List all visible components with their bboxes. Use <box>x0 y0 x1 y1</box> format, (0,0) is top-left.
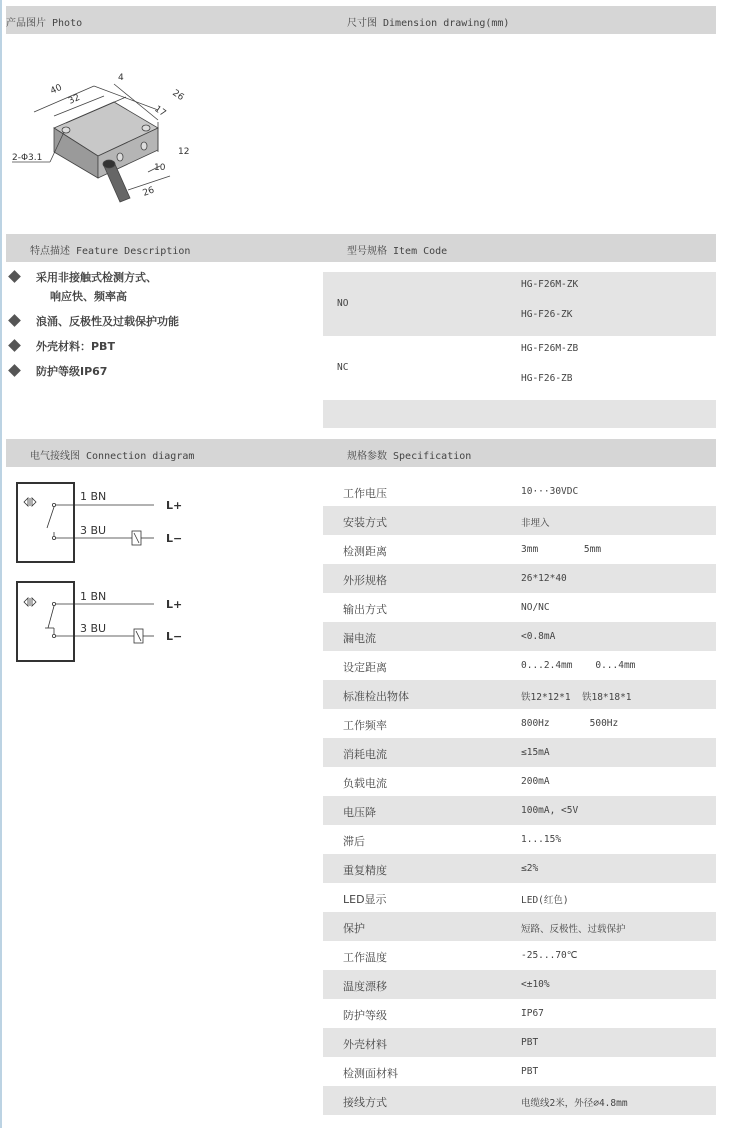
specification-table: 工作电压10···30VDC 安装方式非埋入 检测距离3mm 5mm 外形规格2… <box>323 477 716 1115</box>
model-code: HG-F26-ZB <box>521 373 572 384</box>
left-border <box>0 0 2 1128</box>
output-type: NO <box>337 298 348 309</box>
spec-row: 重复精度≤2% <box>323 854 716 883</box>
spec-row: 温度漂移<±10% <box>323 970 716 999</box>
model-code: HG-F26-ZK <box>521 309 572 320</box>
section-header-connection: 电气接线图 Connection diagram 规格参数 Specificat… <box>6 439 716 467</box>
svg-text:3 BU: 3 BU <box>80 524 106 537</box>
svg-text:L+: L+ <box>166 499 182 512</box>
product-photo: 40 32 4 26 17 12 10 26 2-Φ3.1 <box>8 60 208 210</box>
svg-text:L−: L− <box>166 630 182 643</box>
spec-row: 消耗电流≤15mA <box>323 738 716 767</box>
svg-text:2-Φ3.1: 2-Φ3.1 <box>12 153 42 163</box>
spec-row: 保护短路、反极性、过载保护 <box>323 912 716 941</box>
photo-title: 产品图片 Photo <box>6 14 82 29</box>
svg-text:32: 32 <box>67 93 82 107</box>
item-code-row-empty <box>323 400 716 428</box>
svg-text:26: 26 <box>142 185 156 198</box>
spec-row: 电压降100mA, <5V <box>323 796 716 825</box>
section-header-photo: 产品图片 Photo 尺寸图 Dimension drawing(mm) <box>6 6 716 34</box>
feature-item: 采用非接触式检测方式、 响应快、频率高 <box>8 268 308 306</box>
spec-row: 检测距离3mm 5mm <box>323 535 716 564</box>
spec-row: 防护等级IP67 <box>323 999 716 1028</box>
diamond-bullet-icon <box>8 339 21 352</box>
spec-row: 工作频率800Hz 500Hz <box>323 709 716 738</box>
spec-row: 标准检出物体铁12*12*1 铁18*18*1 <box>323 680 716 709</box>
svg-text:1 BN: 1 BN <box>80 490 106 503</box>
svg-text:12: 12 <box>178 147 189 157</box>
spec-row: 接线方式电缆线2米，外径⌀4.8mm <box>323 1086 716 1115</box>
item-code-row: NC HG-F26M-ZB HG-F26-ZB <box>323 336 716 400</box>
spec-row: 外壳材料PBT <box>323 1028 716 1057</box>
model-code: HG-F26M-ZK <box>521 279 578 290</box>
spec-row: 工作温度-25...70℃ <box>323 941 716 970</box>
svg-text:40: 40 <box>49 83 64 97</box>
output-type: NC <box>337 362 348 373</box>
svg-text:4: 4 <box>118 73 124 83</box>
spec-row: 设定距离0...2.4mm 0...4mm <box>323 651 716 680</box>
feature-title: 特点描述 Feature Description <box>30 242 190 257</box>
diamond-bullet-icon <box>8 314 21 327</box>
spec-row: 输出方式NO/NC <box>323 593 716 622</box>
svg-text:1 BN: 1 BN <box>80 590 106 603</box>
spec-row: 滞后1...15% <box>323 825 716 854</box>
connection-title: 电气接线图 Connection diagram <box>30 447 194 462</box>
svg-text:L−: L− <box>166 532 182 545</box>
specification-title: 规格参数 Specification <box>347 447 471 462</box>
spec-row: 工作电压10···30VDC <box>323 477 716 506</box>
svg-text:26: 26 <box>170 88 185 103</box>
svg-text:L+: L+ <box>166 598 182 611</box>
connection-diagram: 1 BN 3 BU L+ L− 1 BN 3 BU L+ L− <box>14 480 214 670</box>
item-code-table: NO HG-F26M-ZK HG-F26-ZK NC HG-F26M-ZB HG… <box>323 272 716 428</box>
feature-item: 浪涌、反极性及过载保护功能 <box>8 312 308 331</box>
item-code-title: 型号规格 Item Code <box>347 242 447 257</box>
item-code-row: NO HG-F26M-ZK HG-F26-ZK <box>323 272 716 336</box>
spec-row: 安装方式非埋入 <box>323 506 716 535</box>
spec-row: 检测面材料PBT <box>323 1057 716 1086</box>
svg-text:3 BU: 3 BU <box>80 622 106 635</box>
diamond-bullet-icon <box>8 270 21 283</box>
model-code: HG-F26M-ZB <box>521 343 578 354</box>
spec-row: 负载电流200mA <box>323 767 716 796</box>
spec-row: LED显示LED(红色) <box>323 883 716 912</box>
dimension-title: 尺寸图 Dimension drawing(mm) <box>347 14 509 29</box>
spec-row: 外形规格26*12*40 <box>323 564 716 593</box>
spec-row: 漏电流<0.8mA <box>323 622 716 651</box>
svg-text:10: 10 <box>154 163 166 173</box>
diamond-bullet-icon <box>8 364 21 377</box>
feature-item: 外壳材料：PBT <box>8 337 308 356</box>
feature-item: 防护等级IP67 <box>8 362 308 381</box>
section-header-features: 特点描述 Feature Description 型号规格 Item Code <box>6 234 716 262</box>
feature-list: 采用非接触式检测方式、 响应快、频率高 浪涌、反极性及过载保护功能 外壳材料：P… <box>8 268 308 387</box>
